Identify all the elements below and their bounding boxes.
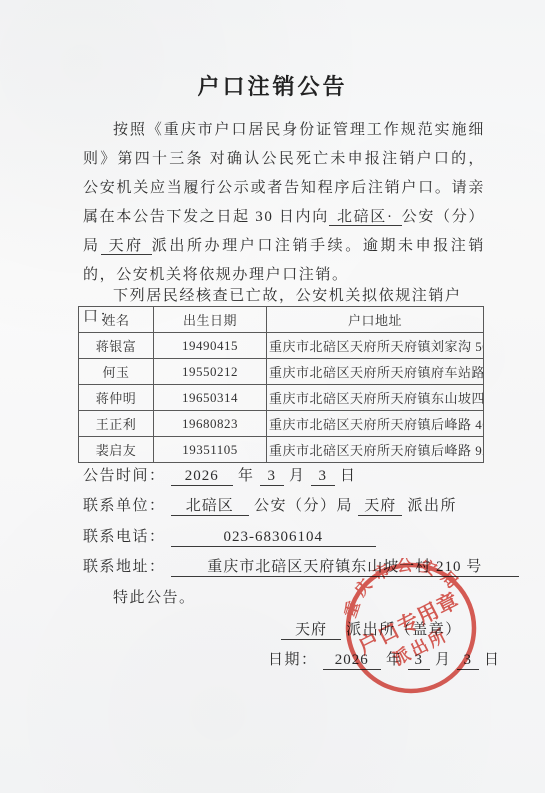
signature-month-value: 3 (408, 652, 430, 670)
address-cell: 重庆市北碚区天府所天府镇刘家沟 50 号 (267, 333, 484, 359)
name-cell: 蒋仲明 (79, 385, 154, 411)
notice-day-value: 3 (311, 468, 335, 486)
page-title: 户口注销公告 (0, 70, 545, 101)
notice-time-line: 公告时间： 2026 年 3 月 3 日 (83, 464, 357, 486)
signature-day-unit: 日 (484, 652, 501, 668)
notice-document: 户口注销公告 按照《重庆市户口居民身份证管理工作规范实施细则》第四十三条 对确认… (0, 0, 545, 793)
table-row: 蒋仲明19650314重庆市北碚区天府所天府镇东山坡四村 109 号 1-2 (79, 385, 484, 411)
day-unit: 日 (340, 468, 357, 484)
contact-phone-value: 023-68306104 (171, 529, 376, 547)
address-cell: 重庆市北碚区天府所天府镇府车站路 101 号 1-2 (267, 359, 484, 385)
birthdate-cell: 19490415 (154, 333, 267, 359)
contact-station-value: 天府 (358, 494, 402, 516)
table-header-cell: 姓名 (79, 307, 154, 333)
contact-unit-suffix: 派出所 (408, 498, 458, 514)
resident-table: 姓名出生日期户口地址 蒋银富19490415重庆市北碚区天府所天府镇刘家沟 50… (78, 306, 484, 463)
resident-table-body: 蒋银富19490415重庆市北碚区天府所天府镇刘家沟 50 号何玉1955021… (79, 333, 484, 463)
district-blank: 北碚区· (329, 209, 402, 226)
signature-date-label: 日期： (268, 652, 318, 668)
contact-phone-line: 联系电话： 023-68306104 (83, 525, 376, 547)
notice-year-value: 2026 (171, 468, 233, 486)
contact-unit-mid: 公安（分）局 (254, 498, 353, 514)
contact-address-label: 联系地址： (83, 559, 166, 575)
table-row: 裴启友19351105重庆市北碚区天府所天府镇后峰路 92 号 1-1 (79, 437, 484, 463)
table-row: 何玉19550212重庆市北碚区天府所天府镇府车站路 101 号 1-2 (79, 359, 484, 385)
address-cell: 重庆市北碚区天府所天府镇后峰路 92 号 1-1 (267, 437, 484, 463)
signature-station-value: 天府 (281, 618, 341, 640)
notice-month-value: 3 (260, 468, 284, 486)
station-blank: 天府 (101, 238, 152, 255)
table-row: 王正利19680823重庆市北碚区天府所天府镇后峰路 46 号附 1 号 (79, 411, 484, 437)
year-unit: 年 (238, 468, 255, 484)
birthdate-cell: 19351105 (154, 437, 267, 463)
table-row: 蒋银富19490415重庆市北碚区天府所天府镇刘家沟 50 号 (79, 333, 484, 359)
name-cell: 何玉 (79, 359, 154, 385)
closing-statement: 特此公告。 (83, 586, 196, 607)
contact-district-value: 北碚区 (171, 494, 249, 516)
signature-date-line: 日期： 2026 年 3 月 3 日 (268, 648, 501, 670)
birthdate-cell: 19550212 (154, 359, 267, 385)
table-header-row: 姓名出生日期户口地址 (79, 307, 484, 333)
contact-phone-label: 联系电话： (83, 529, 166, 545)
signature-station-line: 天府 派出所（盖章） (281, 618, 462, 640)
table-header-cell: 户口地址 (267, 307, 484, 333)
notice-time-label: 公告时间： (83, 468, 166, 484)
contact-unit-line: 联系单位： 北碚区 公安（分）局 天府 派出所 (83, 494, 457, 516)
contact-unit-label: 联系单位： (83, 498, 166, 514)
address-cell: 重庆市北碚区天府所天府镇后峰路 46 号附 1 号 (267, 411, 484, 437)
signature-day-value: 3 (457, 652, 479, 670)
month-unit: 月 (289, 468, 306, 484)
name-cell: 王正利 (79, 411, 154, 437)
contact-address-value: 重庆市北碚区天府镇东山坡一村 210 号 (171, 555, 519, 577)
name-cell: 蒋银富 (79, 333, 154, 359)
name-cell: 裴启友 (79, 437, 154, 463)
notice-paragraph-1: 按照《重庆市户口居民身份证管理工作规范实施细则》第四十三条 对确认公民死亡未申报… (83, 116, 485, 290)
signature-year-value: 2026 (323, 652, 381, 670)
signature-year-unit: 年 (386, 652, 403, 668)
signature-station-suffix: 派出所（盖章） (346, 622, 462, 638)
address-cell: 重庆市北碚区天府所天府镇东山坡四村 109 号 1-2 (267, 385, 484, 411)
birthdate-cell: 19650314 (154, 385, 267, 411)
contact-address-line: 联系地址： 重庆市北碚区天府镇东山坡一村 210 号 (83, 555, 519, 577)
birthdate-cell: 19680823 (154, 411, 267, 437)
signature-month-unit: 月 (435, 652, 452, 668)
table-header-cell: 出生日期 (154, 307, 267, 333)
